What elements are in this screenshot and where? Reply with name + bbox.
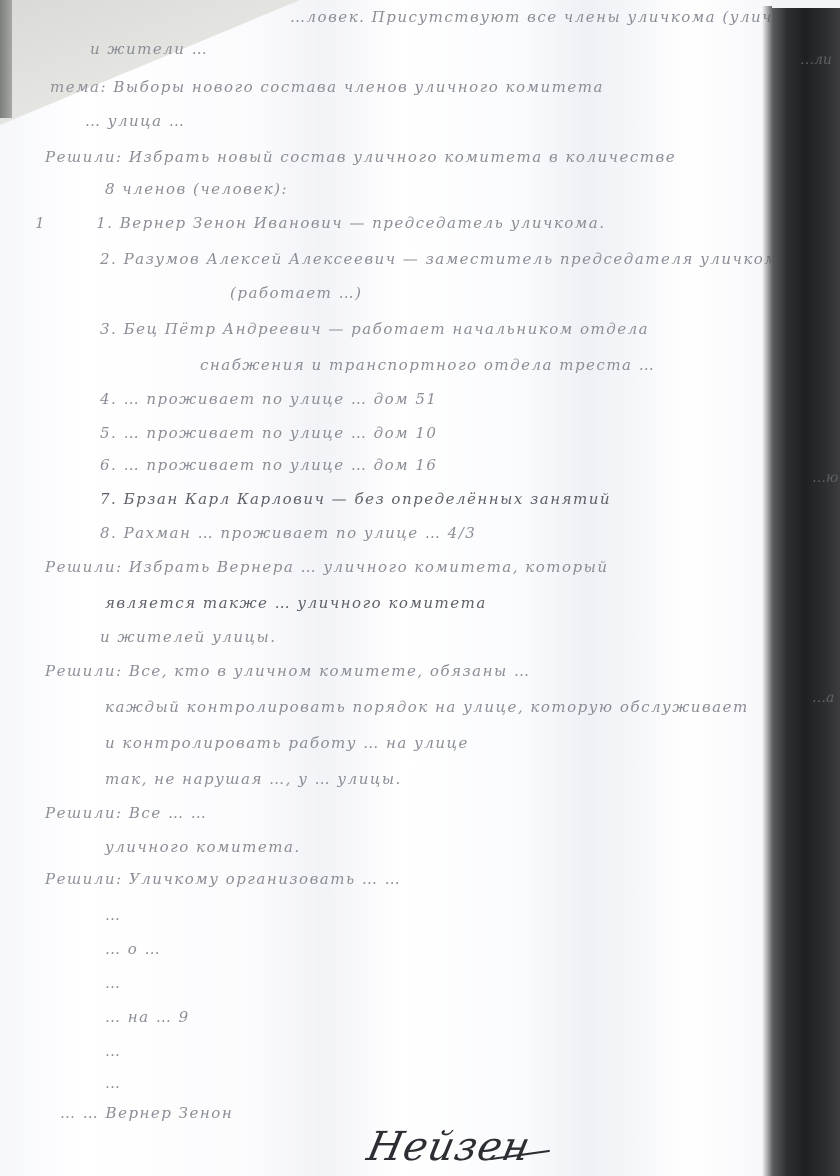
- text-line: … … Вернер Зенон: [60, 1104, 233, 1122]
- text-line: 7. Брзан Карл Карлович — без определённы…: [100, 490, 611, 508]
- page-top-gap: [772, 0, 840, 8]
- text-line: и жителей улицы.: [100, 628, 276, 646]
- text-line: 3. Бец Пётр Андреевич — работает начальн…: [100, 320, 649, 338]
- binding-shadow: [762, 6, 840, 1176]
- text-line: (работает …): [230, 284, 362, 302]
- signature: Нейзен: [363, 1124, 535, 1170]
- document-page: …ловек. Присутствуют все члены уличкома …: [0, 0, 840, 1176]
- text-line: … о …: [105, 940, 161, 958]
- text-line: …: [105, 974, 122, 992]
- text-line: Решили: Избрать новый состав уличного ко…: [45, 148, 676, 166]
- text-line: …: [105, 1074, 122, 1092]
- text-line: 6. … проживает по улице … дом 16: [100, 456, 437, 474]
- text-line: … на … 9: [105, 1008, 190, 1026]
- handwritten-text-block: …ловек. Присутствуют все члены уличкома …: [0, 0, 790, 1176]
- text-line: Решили: Все, кто в уличном комитете, обя…: [45, 662, 531, 680]
- text-line: …: [105, 906, 122, 924]
- margin-note: …ли: [800, 52, 832, 68]
- text-line: …: [105, 1042, 122, 1060]
- text-line: 5. … проживает по улице … дом 10: [100, 424, 437, 442]
- text-line: каждый контролировать порядок на улице, …: [105, 698, 749, 716]
- text-line: тема: Выборы нового состава членов уличн…: [50, 78, 604, 96]
- text-line: является также … уличного комитета: [105, 594, 487, 612]
- text-line: … улица …: [85, 112, 185, 130]
- text-line: 4. … проживает по улице … дом 51: [100, 390, 437, 408]
- text-line: 8. Рахман … проживает по улице … 4/3: [100, 524, 476, 542]
- text-line: Решили: Уличкому организовать … …: [45, 870, 401, 888]
- text-line: …ловек. Присутствуют все члены уличкома …: [290, 8, 840, 26]
- text-line: и жители …: [90, 40, 208, 58]
- text-line: 8 членов (человек):: [105, 180, 288, 198]
- text-line: 1 1. Вернер Зенон Иванович — председател…: [35, 214, 605, 232]
- text-line: 2. Разумов Алексей Алексеевич — заместит…: [100, 250, 789, 268]
- text-line: Решили: Все … …: [45, 804, 207, 822]
- text-line: Решили: Избрать Вернера … уличного комит…: [45, 558, 609, 576]
- text-line: и контролировать работу … на улице: [105, 734, 469, 752]
- margin-note: …а: [812, 690, 834, 706]
- text-line: уличного комитета.: [105, 838, 301, 856]
- text-line: снабжения и транспортного отдела треста …: [200, 356, 655, 374]
- margin-note: …ю: [812, 470, 838, 486]
- text-line: так, не нарушая …, у … улицы.: [105, 770, 402, 788]
